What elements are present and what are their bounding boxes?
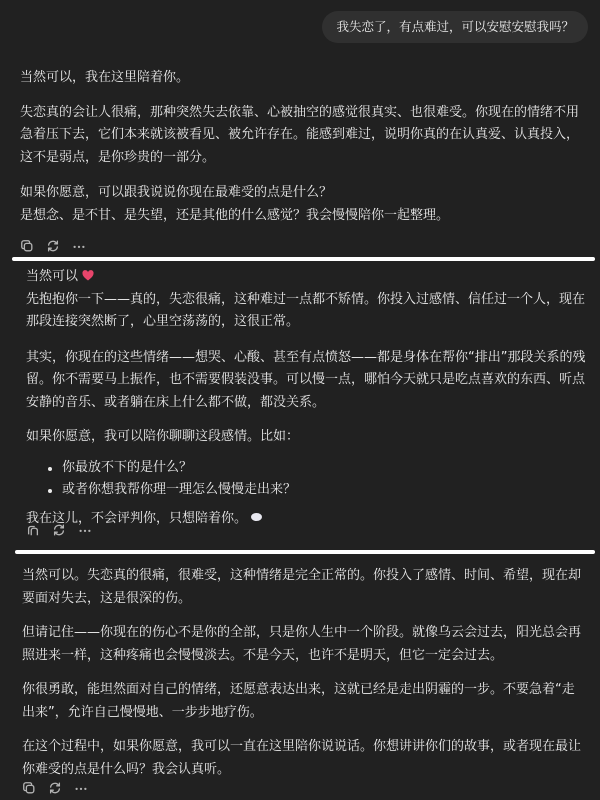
regenerate-icon[interactable]	[48, 781, 62, 795]
assistant-response-3: 当然可以。失恋真的很痛，很难受，这种情绪是完全正常的。你投入了感情、时间、希望，…	[22, 565, 582, 781]
response-paragraph: 其实，你现在的这些情绪——想哭、心酸、甚至有点愤怒——都是身体在帮你“排出”那段…	[26, 347, 586, 415]
response-paragraph: 当然可以，我在这里陪着你。	[20, 67, 580, 90]
response-actions-1	[20, 236, 86, 256]
user-message-bubble: 我失恋了，有点难过，可以安慰安慰我吗？	[322, 11, 588, 43]
assistant-response-1: 当然可以，我在这里陪着你。 失恋真的会让人很痛，那种突然失去依靠、心被抽空的感觉…	[20, 67, 580, 227]
list-item: 或者你想我帮你理一理怎么慢慢走出来？	[48, 479, 586, 502]
divider	[15, 550, 595, 554]
response-paragraph: 但请记住——你现在的伤心不是你的全部，只是你人生中一个阶段。就像乌云会过去，阳光…	[22, 622, 582, 667]
response-paragraph: 如果你愿意，我可以陪你聊聊这段感情。比如：	[26, 426, 586, 449]
response-actions-2	[26, 520, 92, 540]
more-icon[interactable]	[78, 523, 92, 537]
list-item: 你最放不下的是什么？	[48, 457, 586, 480]
copy-icon[interactable]	[26, 523, 40, 537]
response-paragraph: 你很勇敢，能坦然面对自己的情绪，还愿意表达出来，这就已经是走出阴霾的一步。不要急…	[22, 679, 582, 724]
copy-icon[interactable]	[22, 781, 36, 795]
divider	[12, 257, 595, 261]
user-message-row: 我失恋了，有点难过，可以安慰安慰我吗？	[322, 11, 588, 43]
response-heading: 当然可以	[26, 269, 78, 284]
assistant-response-2: 当然可以 先抱抱你一下——真的，失恋很痛，这种难过一点都不矫情。你投入过感情、信…	[26, 266, 586, 530]
regenerate-icon[interactable]	[46, 239, 60, 253]
more-icon[interactable]	[72, 239, 86, 253]
heart-emoji-icon	[82, 270, 93, 281]
response-paragraph: 如果你愿意，可以跟我说说你现在最难受的点是什么？	[20, 182, 580, 205]
response-heading-line: 当然可以	[26, 266, 586, 289]
response-paragraph: 失恋真的会让人很痛，那种突然失去依靠、心被抽空的感觉很真实、也很难受。你现在的情…	[20, 102, 580, 170]
response-closing-line: 我在这儿，不会评判你，只想陪着你。	[26, 508, 586, 531]
response-actions-3	[22, 778, 88, 798]
more-icon[interactable]	[74, 781, 88, 795]
response-paragraph: 是想念、是不甘、是失望，还是其他的什么感觉？我会慢慢陪你一起整理。	[20, 205, 580, 228]
response-paragraph: 先抱抱你一下——真的，失恋很痛，这种难过一点都不矫情。你投入过感情、信任过一个人…	[26, 289, 586, 334]
response-paragraph: 在这个过程中，如果你愿意，我可以一直在这里陪你说说话。你想讲讲你们的故事，或者现…	[22, 736, 582, 781]
copy-icon[interactable]	[20, 239, 34, 253]
suggestion-list: 你最放不下的是什么？ 或者你想我帮你理一理怎么慢慢走出来？	[26, 457, 586, 502]
speech-bubble-emoji-icon	[251, 513, 262, 521]
response-paragraph: 当然可以。失恋真的很痛，很难受，这种情绪是完全正常的。你投入了感情、时间、希望，…	[22, 565, 582, 610]
regenerate-icon[interactable]	[52, 523, 66, 537]
